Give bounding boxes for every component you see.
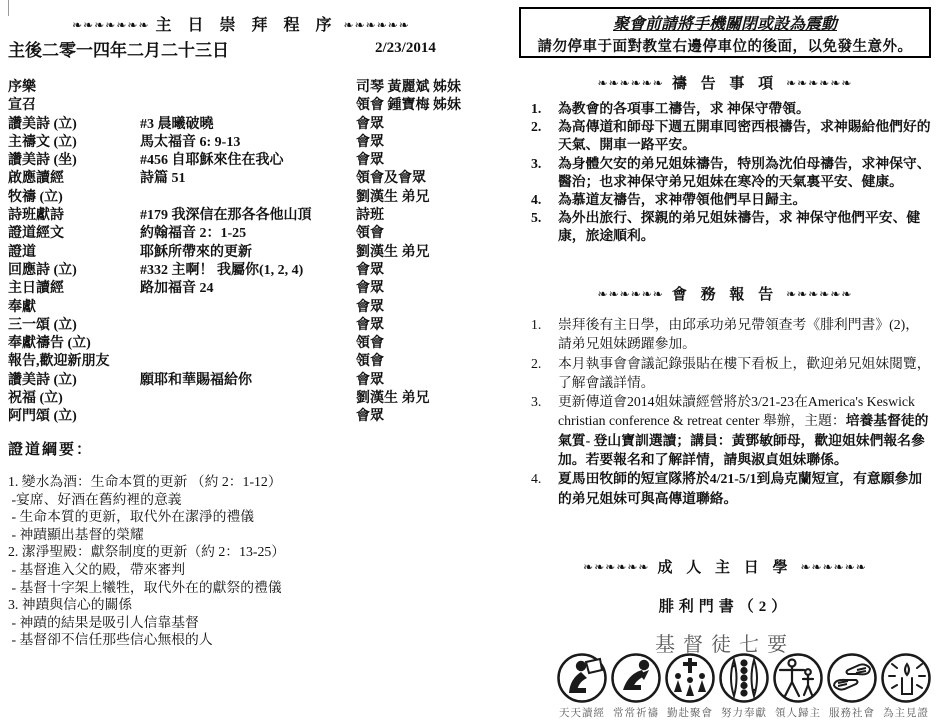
program-who: 詩班 — [356, 207, 472, 225]
sunday-school-topic: 腓利門書（2） — [519, 595, 931, 616]
program-detail: 約翰福音 2：1-25 — [140, 225, 356, 243]
program-item: 啟應讀經 — [8, 170, 140, 188]
table-row: 三一頌 (立)會眾 — [8, 317, 472, 335]
notice-box: 聚會前請將手機關閉或設為震動 請勿停車于面對教堂右邊停車位的後面，以免發生意外。 — [519, 7, 931, 58]
program-item: 祝福 (立) — [8, 390, 140, 408]
item-number: 1. — [531, 100, 558, 118]
program-detail: #179 我深信在那各各他山頂 — [140, 207, 356, 225]
icon-label: 為主見證 — [880, 705, 932, 720]
icon-label: 天天讀經 — [556, 705, 608, 720]
table-row: 主日讀經路加福音 24會眾 — [8, 280, 472, 298]
date-chinese: 主後二零一四年二月二十三日 — [8, 36, 229, 61]
program-who: 司琴 黃麗斌 姊妹 — [356, 79, 472, 97]
essential-offering: 努力奉獻 — [718, 652, 770, 720]
item-text: 為慕道友禱告，求神帶領他們早日歸主。 — [558, 191, 931, 209]
program-who: 領會 — [356, 225, 472, 243]
attend-meetings-icon — [664, 652, 716, 704]
program-detail — [140, 79, 356, 97]
program-who: 劉漢生 弟兄 — [356, 390, 472, 408]
offering-icon — [718, 652, 770, 704]
outline-line: - 基督進入父的殿，帶來審判 — [8, 561, 478, 579]
essential-witness: 為主見證 — [880, 652, 932, 720]
essential-attend: 勤赴聚會 — [664, 652, 716, 720]
program-detail — [140, 189, 356, 207]
sermon-outline: 1. 變水為酒：生命本質的更新 （約 2：1-12） -宴席、好酒在舊約裡的意義… — [8, 473, 478, 649]
icon-label: 服務社會 — [826, 705, 878, 720]
item-number: 1. — [531, 315, 558, 354]
icon-label: 常常祈禱 — [610, 705, 662, 720]
program-who: 會眾 — [356, 116, 472, 134]
table-row: 報告,歡迎新朋友領會 — [8, 353, 472, 371]
program-who: 會眾 — [356, 408, 472, 426]
table-row: 奉獻會眾 — [8, 299, 472, 317]
item-text: 為身體欠安的弟兄姐妹禱告，特別為沈伯母禱告，求神保守、醫治；也求神保守弟兄姐妹在… — [558, 155, 931, 191]
icon-label: 領人歸主 — [772, 705, 824, 720]
table-row: 宣召領會 鍾寶梅 姊妹 — [8, 97, 472, 115]
list-item: 3.更新傳道會2014姐妹讀經營將於3/21-23在America's Kesw… — [531, 392, 931, 469]
item-text-bold: 夏馬田牧師的短宣隊將於4/21-5/1到烏克蘭短宣，有意願參加的弟兄姐妹可與高傳… — [558, 471, 922, 505]
program-who: 會眾 — [356, 372, 472, 390]
item-number: 2. — [531, 354, 558, 393]
program-detail: #332 主啊！ 我屬你(1, 2, 4) — [140, 262, 356, 280]
program-detail — [140, 299, 356, 317]
outline-line: - 基督十字架上犧牲，取代外在的獻祭的禮儀 — [8, 579, 478, 597]
item-text: 為教會的各項事工禱告，求 神保守帶領。 — [558, 100, 931, 118]
sermon-outline-heading: 證道綱要： — [8, 438, 93, 459]
list-item: 4.為慕道友禱告，求神帶領他們早日歸主。 — [531, 191, 931, 209]
table-row: 序樂司琴 黃麗斌 姊妹 — [8, 79, 472, 97]
program-who: 會眾 — [356, 152, 472, 170]
table-row: 讚美詩 (立)願耶和華賜福給你會眾 — [8, 372, 472, 390]
program-who: 會眾 — [356, 280, 472, 298]
table-row: 回應詩 (立)#332 主啊！ 我屬你(1, 2, 4)會眾 — [8, 262, 472, 280]
program-item: 報告,歡迎新朋友 — [8, 353, 140, 371]
list-item: 2.為高傳道和師母下週五開車囘密西根禱告，求神賜給他們好的天氣、開車一路平安。 — [531, 118, 931, 154]
program-item: 讚美詩 (坐) — [8, 152, 140, 170]
outline-line: 1. 變水為酒：生命本質的更新 （約 2：1-12） — [8, 473, 478, 491]
essential-lead: 領人歸主 — [772, 652, 824, 720]
table-row: 主禱文 (立)馬太福音 6: 9-13會眾 — [8, 134, 472, 152]
program-detail: 馬太福音 6: 9-13 — [140, 134, 356, 152]
program-item: 回應詩 (立) — [8, 262, 140, 280]
notice-parking-line: 請勿停車于面對教堂右邊停車位的後面，以免發生意外。 — [521, 35, 929, 56]
section-title: 禱 告 事 項 — [672, 76, 778, 92]
program-detail — [140, 317, 356, 335]
item-number: 3. — [531, 155, 558, 191]
essential-pray: 常常祈禱 — [610, 652, 662, 720]
announcements-list: 1.崇拜後有主日學，由邱承功弟兄帶領查考《腓利門書》(2)，請弟兄姐妹踴躍參加。… — [531, 315, 931, 508]
program-detail: #3 晨曦破曉 — [140, 116, 356, 134]
program-item: 奉獻禱告 (立) — [8, 335, 140, 353]
outline-line: 2. 潔淨聖殿：獻祭制度的更新（約 2：13-25） — [8, 543, 478, 561]
program-item: 證道 — [8, 244, 140, 262]
outline-line: - 生命本質的更新，取代外在潔淨的禮儀 — [8, 508, 478, 526]
date-numeric: 2/23/2014 — [375, 40, 436, 57]
item-text-regular: 崇拜後有主日學，由邱承功弟兄帶領查考《腓利門書》(2)，請弟兄姐妹踴躍參加。 — [558, 317, 919, 351]
table-row: 讚美詩 (坐)#456 自耶穌來住在我心會眾 — [8, 152, 472, 170]
item-text: 夏馬田牧師的短宣隊將於4/21-5/1到烏克蘭短宣，有意願參加的弟兄姐妹可與高傳… — [558, 469, 931, 508]
ornament-right: ❧❧❧❧❧❧ — [344, 18, 410, 32]
program-item: 宣召 — [8, 97, 140, 115]
prayer-list: 1.為教會的各項事工禱告，求 神保守帶領。 2.為高傳道和師母下週五開車囘密西根… — [531, 100, 931, 246]
program-who: 劉漢生 弟兄 — [356, 244, 472, 262]
serve-society-icon — [826, 652, 878, 704]
program-detail: 耶穌所帶來的更新 — [140, 244, 356, 262]
program-who: 領會 — [356, 353, 472, 371]
program-who: 領會及會眾 — [356, 170, 472, 188]
ornament-left: ❧❧❧❧❧❧ — [583, 560, 649, 574]
program-detail — [140, 353, 356, 371]
table-row: 證道耶穌所帶來的更新劉漢生 弟兄 — [8, 244, 472, 262]
ornament-right: ❧❧❧❧❧❧ — [786, 287, 852, 301]
program-who: 領會 — [356, 335, 472, 353]
announcements-heading: ❧❧❧❧❧❧會 務 報 告❧❧❧❧❧❧ — [519, 283, 931, 304]
read-bible-icon — [556, 652, 608, 704]
program-detail — [140, 335, 356, 353]
program-who: 會眾 — [356, 317, 472, 335]
outline-line: 3. 神蹟與信心的關係 — [8, 596, 478, 614]
prayer-items-heading: ❧❧❧❧❧❧禱 告 事 項❧❧❧❧❧❧ — [519, 72, 931, 93]
item-number: 3. — [531, 392, 558, 469]
program-detail — [140, 408, 356, 426]
seven-essentials-icons: 天天讀經 常常祈禱 勤赴聚會 — [556, 652, 934, 720]
item-text: 為外出旅行、探親的弟兄姐妹禱告，求 神保守他們平安、健康，旅途順利。 — [558, 209, 931, 245]
program-who: 領會 鍾寶梅 姊妹 — [356, 97, 472, 115]
item-text: 本月執事會會議記錄張貼在樓下看板上，歡迎弟兄姐妹閱覽，了解會議詳情。 — [558, 354, 931, 393]
essential-serve: 服務社會 — [826, 652, 878, 720]
table-row: 祝福 (立)劉漢生 弟兄 — [8, 390, 472, 408]
program-item: 三一頌 (立) — [8, 317, 140, 335]
pray-icon — [610, 652, 662, 704]
table-row: 牧禱 (立)劉漢生 弟兄 — [8, 189, 472, 207]
program-item: 序樂 — [8, 79, 140, 97]
program-item: 主日讀經 — [8, 280, 140, 298]
list-item: 4.夏馬田牧師的短宣隊將於4/21-5/1到烏克蘭短宣，有意願參加的弟兄姐妹可與… — [531, 469, 931, 508]
program-item: 詩班獻詩 — [8, 207, 140, 225]
program-item: 奉獻 — [8, 299, 140, 317]
program-item: 讚美詩 (立) — [8, 372, 140, 390]
icon-label: 努力奉獻 — [718, 705, 770, 720]
ornament-right: ❧❧❧❧❧❧ — [786, 76, 852, 90]
program-item: 牧禱 (立) — [8, 189, 140, 207]
program-who: 會眾 — [356, 134, 472, 152]
ornament-left: ❧❧❧❧❧❧❧ — [72, 18, 149, 32]
outline-line: -宴席、好酒在舊約裡的意義 — [8, 491, 478, 509]
notice-phone-line: 聚會前請將手機關閉或設為震動 — [521, 11, 929, 34]
table-row: 證道經文約翰福音 2：1-25領會 — [8, 225, 472, 243]
list-item: 3.為身體欠安的弟兄姐妹禱告，特別為沈伯母禱告，求神保守、醫治；也求神保守弟兄姐… — [531, 155, 931, 191]
table-row: 奉獻禱告 (立)領會 — [8, 335, 472, 353]
ornament-left: ❧❧❧❧❧❧ — [598, 76, 664, 90]
outline-line: - 神蹟的結果是吸引人信靠基督 — [8, 614, 478, 632]
bulletin-page: ❧❧❧❧❧❧❧主 日 崇 拜 程 序❧❧❧❧❧❧ 主後二零一四年二月二十三日 2… — [0, 0, 937, 724]
item-number: 4. — [531, 191, 558, 209]
item-text: 更新傳道會2014姐妹讀經營將於3/21-23在America's Keswic… — [558, 392, 931, 469]
adult-sunday-school-heading: ❧❧❧❧❧❧成 人 主 日 學❧❧❧❧❧❧ — [519, 556, 931, 577]
program-detail: 詩篇 51 — [140, 170, 356, 188]
table-row: 阿門頌 (立)會眾 — [8, 408, 472, 426]
program-who: 會眾 — [356, 262, 472, 280]
worship-program-table: 序樂司琴 黃麗斌 姊妹 宣召領會 鍾寶梅 姊妹 讚美詩 (立)#3 晨曦破曉會眾… — [8, 79, 472, 427]
program-detail: 路加福音 24 — [140, 280, 356, 298]
list-item: 1.為教會的各項事工禱告，求 神保守帶領。 — [531, 100, 931, 118]
item-text: 崇拜後有主日學，由邱承功弟兄帶領查考《腓利門書》(2)，請弟兄姐妹踴躍參加。 — [558, 315, 931, 354]
program-item: 阿門頌 (立) — [8, 408, 140, 426]
list-item: 5.為外出旅行、探親的弟兄姐妹禱告，求 神保守他們平安、健康，旅途順利。 — [531, 209, 931, 245]
program-who: 會眾 — [356, 299, 472, 317]
program-detail — [140, 97, 356, 115]
ornament-right: ❧❧❧❧❧❧ — [801, 560, 867, 574]
table-row: 詩班獻詩#179 我深信在那各各他山頂詩班 — [8, 207, 472, 225]
outline-line: - 神蹟顯出基督的榮耀 — [8, 526, 478, 544]
program-item: 證道經文 — [8, 225, 140, 243]
list-item: 2.本月執事會會議記錄張貼在樓下看板上，歡迎弟兄姐妹閱覽，了解會議詳情。 — [531, 354, 931, 393]
item-number: 5. — [531, 209, 558, 245]
icon-label: 勤赴聚會 — [664, 705, 716, 720]
item-text-regular: 本月執事會會議記錄張貼在樓下看板上，歡迎弟兄姐妹閱覽，了解會議詳情。 — [558, 356, 931, 390]
table-row: 啟應讀經詩篇 51領會及會眾 — [8, 170, 472, 188]
list-item: 1.崇拜後有主日學，由邱承功弟兄帶領查考《腓利門書》(2)，請弟兄姐妹踴躍參加。 — [531, 315, 931, 354]
essential-read-bible: 天天讀經 — [556, 652, 608, 720]
item-number: 4. — [531, 469, 558, 508]
item-text: 為高傳道和師母下週五開車囘密西根禱告，求神賜給他們好的天氣、開車一路平安。 — [558, 118, 931, 154]
program-detail — [140, 390, 356, 408]
section-title: 會 務 報 告 — [672, 287, 778, 303]
program-detail: #456 自耶穌來住在我心 — [140, 152, 356, 170]
program-item: 主禱文 (立) — [8, 134, 140, 152]
program-item: 讚美詩 (立) — [8, 116, 140, 134]
table-row: 讚美詩 (立)#3 晨曦破曉會眾 — [8, 116, 472, 134]
lead-to-lord-icon — [772, 652, 824, 704]
item-number: 2. — [531, 118, 558, 154]
section-title: 成 人 主 日 學 — [657, 560, 792, 576]
outline-line: - 基督卻不信任那些信心無根的人 — [8, 631, 478, 649]
witness-icon — [880, 652, 932, 704]
program-detail: 願耶和華賜福給你 — [140, 372, 356, 390]
page-title: 主 日 崇 拜 程 序 — [156, 17, 338, 34]
program-who: 劉漢生 弟兄 — [356, 189, 472, 207]
worship-order-title: ❧❧❧❧❧❧❧主 日 崇 拜 程 序❧❧❧❧❧❧ — [0, 12, 482, 35]
ornament-left: ❧❧❧❧❧❧ — [598, 287, 664, 301]
